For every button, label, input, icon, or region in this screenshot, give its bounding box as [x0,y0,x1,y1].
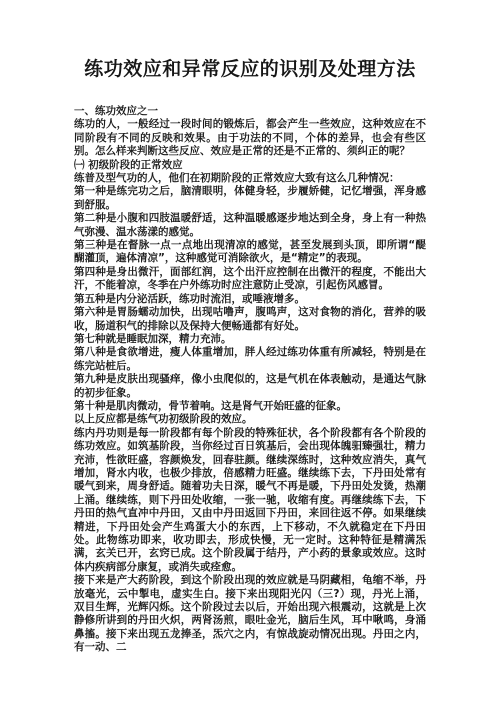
paragraph: ㈠ 初级阶段的正常效应 [74,159,426,172]
paragraph: 接下来是产大药阶段，到这个阶段出现的效应就是马阴藏相，龟缩不举，丹放毫光，云中掣… [74,574,426,654]
document-page: 练功效应和异常反应的识别及处理方法 一、练功效应之一练功的人，一般经过一段时间的… [0,0,500,708]
paragraph: 一、练功效应之一 [74,105,426,118]
paragraph: 第六种是胃肠蠕动加快，出现咕噜声，腹鸣声，这对食物的消化，营养的吸收，肠道积气的… [74,306,426,333]
paragraph: 练内丹功则是每一阶段都有每个阶段的特殊征状，各个阶段都有各个阶段的练功效应。如筑… [74,427,426,574]
paragraph: 第五种是内分泌活跃，练功时流泪，或唾液增多。 [74,293,426,306]
paragraph: 第一种是练完功之后，脑清眼明，体健身轻，步履娇健，记忆增强，浑身感到舒服。 [74,185,426,212]
document-title: 练功效应和异常反应的识别及处理方法 [40,56,460,82]
paragraph: 练功的人，一般经过一段时间的锻炼后，都会产生一些效应，这种效应在不同阶段有不同的… [74,118,426,158]
paragraph: 第八种是食欲增进，瘦人体重增加，胖人经过练功体重有所减轻，特别是在练完站桩后。 [74,346,426,373]
paragraph: 第十种是肌肉微动，骨节着响。这是肾气开始旺盛的征象。 [74,400,426,413]
paragraph: 以上反应都是练气功初级阶段的效应。 [74,413,426,426]
paragraph: 练普及型气功的人，他们在初期阶段的正常效应大致有这么几种情况： [74,172,426,185]
document-body: 一、练功效应之一练功的人，一般经过一段时间的锻炼后，都会产生一些效应，这种效应在… [74,105,426,655]
paragraph: 第三种是在督脉一点一点地出现清凉的感觉，甚至发展到头顶，即所谓“醍醐灌顶，遍体清… [74,239,426,266]
paragraph: 第四种是身出微汗，面部红润，这个出汗应控制在出微汗的程度，不能出大汗，不能着凉，… [74,266,426,293]
paragraph: 第九种是皮肤出现骚痒，像小虫爬似的，这是气机在体表触动，是通达气脉的初步征象。 [74,373,426,400]
paragraph: 第七种就是睡眠加深，精力充沛。 [74,333,426,346]
paragraph: 第二种是小腹和四肢温暖舒适，这种温暖感逐步地达到全身，身上有一种热气弥漫、温水荡… [74,212,426,239]
